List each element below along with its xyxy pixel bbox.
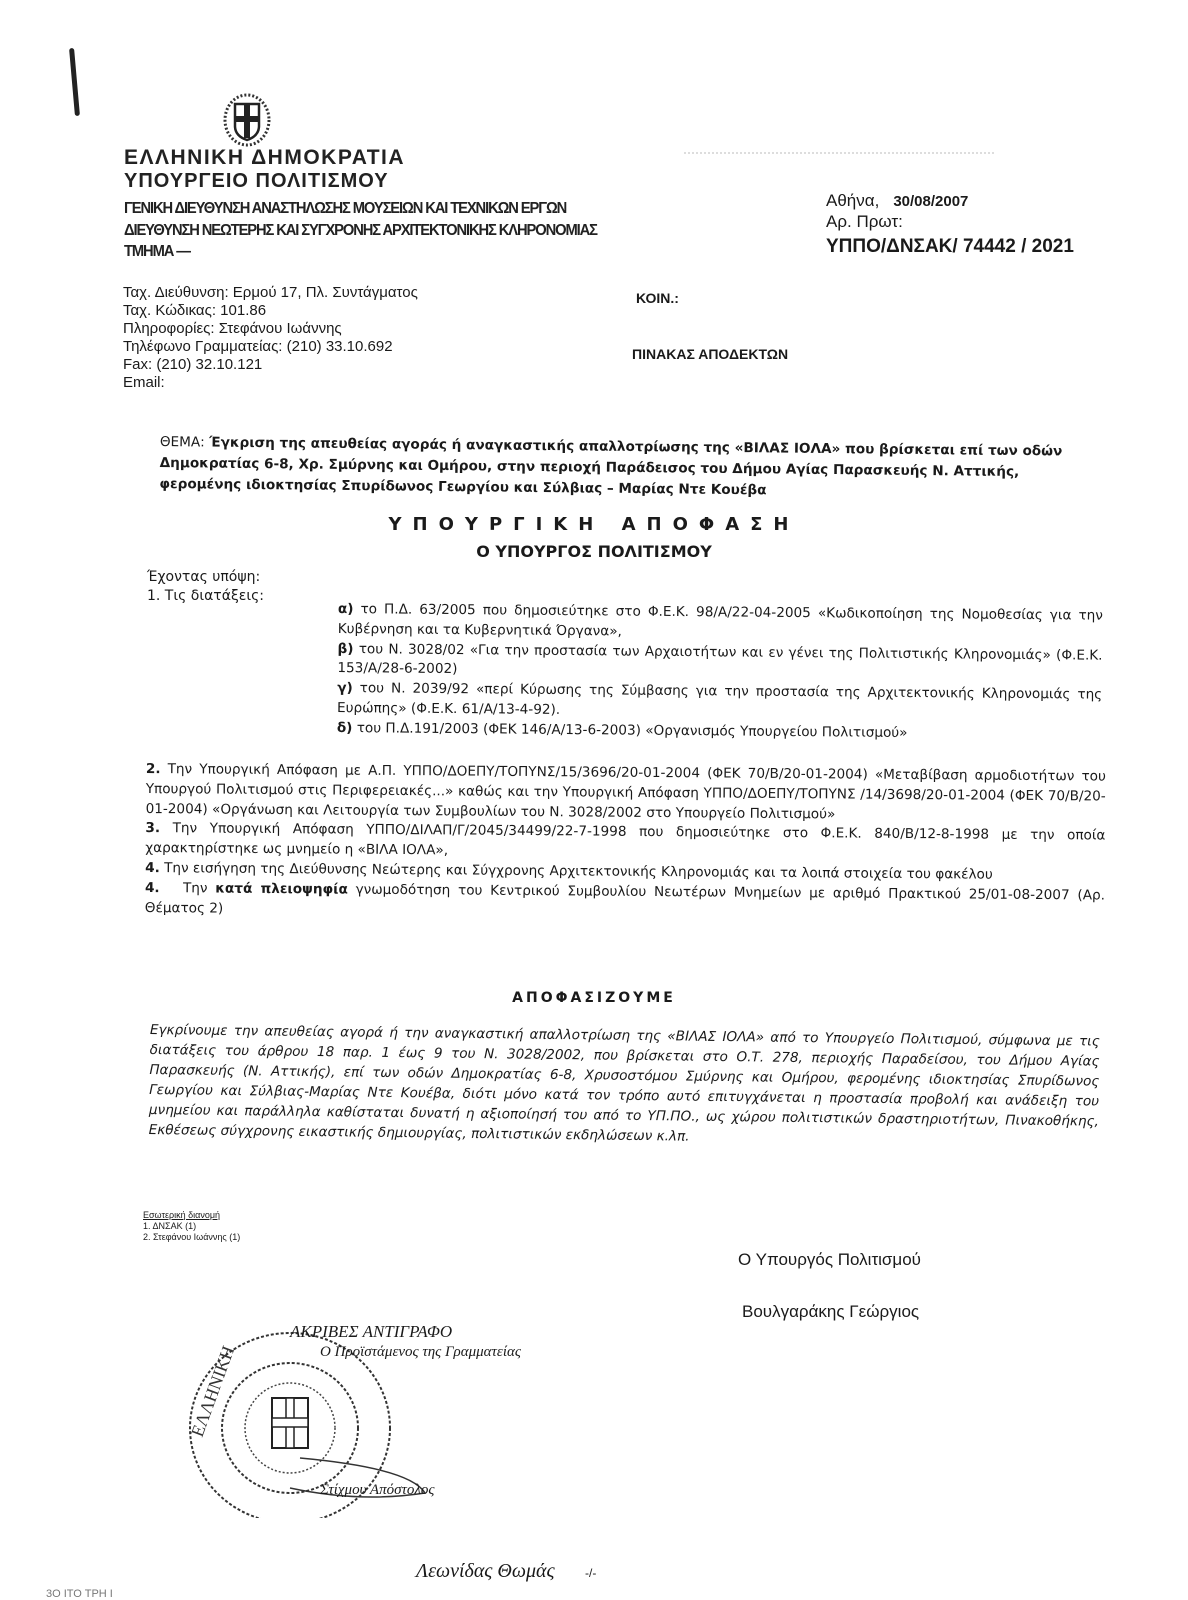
subject-label: ΘΕΜΑ: [160, 434, 205, 450]
internal-distribution: Εσωτερική διανομή 1. ΔΝΣΑΚ (1) 2. Στεφάν… [143, 1210, 240, 1243]
provision-mark: α) [338, 601, 354, 617]
ministry-heading: ΥΠΟΥΡΓΕΙΟ ΠΟΛΙΤΙΣΜΟΥ [124, 170, 389, 193]
protocol-label: Αρ. Πρωτ: [826, 212, 903, 232]
stamp-secretary-name: Στίχμου Απόστολος [320, 1482, 434, 1499]
provision-text: του Ν. 2039/92 «περί Κύρωσης της Σύμβαση… [337, 680, 1102, 718]
signatory-title: Ο Υπουργός Πολιτισμού [738, 1250, 921, 1270]
date: 30/08/2007 [893, 193, 968, 210]
decision-title: ΥΠΟΥΡΓΙΚΗ ΑΠΟΦΑΣΗ [0, 514, 1188, 535]
distribution-title: Εσωτερική διανομή [143, 1210, 240, 1221]
pen-mark [69, 48, 80, 116]
provision-text: το Π.Δ. 63/2005 που δημοσιεύτηκε στο Φ.Ε… [338, 601, 1103, 639]
city: Αθήνα, [826, 191, 879, 210]
contact-phone: Τηλέφωνο Γραμματείας: (210) 33.10.692 [123, 338, 418, 356]
provisions-label: 1. Τις διατάξεις: [147, 587, 264, 606]
provision-mark: γ) [337, 680, 353, 696]
footer-code: 3Ο ΙΤΟ ΤΡΗ Ι [46, 1588, 113, 1600]
considering-label: Έχοντας υπόψη: [147, 568, 264, 587]
department: ΤΜΗΜΑ — [124, 243, 190, 261]
end-mark: -/- [585, 1566, 596, 1580]
minister-title: Ο ΥΠΟΥΡΓΟΣ ΠΟΛΙΤΙΣΜΟΥ [0, 542, 1188, 561]
provision-item: α) το Π.Δ. 63/2005 που δημοσιεύτηκε στο … [338, 600, 1103, 646]
provisions-list: α) το Π.Δ. 63/2005 που δημοσιεύτηκε στο … [337, 600, 1103, 745]
item-number: 2. [146, 761, 161, 777]
contact-info: Πληροφορίες: Στεφάνου Ιωάννης [123, 320, 418, 338]
svg-text:ΕΛΛΗΝΙΚΗ: ΕΛΛΗΝΙΚΗ [187, 1343, 238, 1439]
distribution-item: 1. ΔΝΣΑΚ (1) [143, 1221, 240, 1232]
subject-text: Έγκριση της απευθείας αγοράς ή αναγκαστι… [159, 435, 1062, 499]
scan-noise [684, 152, 994, 156]
item-number: 3. [145, 820, 160, 836]
protocol-number: ΥΠΠΟ/ΔΝΣΑΚ/ 74442 / 2021 [826, 236, 1074, 258]
consideration-item: 4. Την κατά πλειοψηφία γνωμοδότηση του Κ… [145, 879, 1105, 926]
signatory-name: Βουλγαράκης Γεώργιος [742, 1302, 919, 1322]
coat-of-arms-icon [222, 92, 272, 148]
considering-block: Έχοντας υπόψη: 1. Τις διατάξεις: [147, 568, 264, 606]
stamp-role: Ο Προϊστάμενος της Γραμματείας [320, 1344, 521, 1361]
certified-copy-label: ΑΚΡΙΒΕΣ ΑΝΤΙΓΡΑΦΟ [290, 1322, 452, 1342]
distribution-item: 2. Στεφάνου Ιωάννης (1) [143, 1232, 240, 1243]
contact-postal-code: Ταχ. Κώδικας: 101.86 [123, 302, 418, 320]
item-number: 4. [145, 860, 160, 876]
handwritten-signature: Λεωνίδας Θωμάς [416, 1560, 555, 1583]
recipients-table-label: ΠΙΝΑΚΑΣ ΑΠΟΔΕΚΤΩΝ [632, 346, 788, 362]
item-bold: κατά πλειοψηφία [215, 880, 348, 897]
contact-email: Email: [123, 374, 418, 392]
item-number: 4. [145, 880, 160, 896]
contact-address: Ταχ. Διεύθυνση: Ερμού 17, Πλ. Συντάγματο… [123, 284, 418, 302]
directorate: ΔΙΕΥΘΥΝΣΗ ΝΕΩΤΕΡΗΣ ΚΑΙ ΣΥΓΧΡΟΝΗΣ ΑΡΧΙΤΕΚ… [124, 222, 597, 240]
republic-heading: ΕΛΛΗΝΙΚΗ ΔΗΜΟΚΡΑΤΙΑ [124, 146, 405, 170]
koin-label: ΚΟΙΝ.: [636, 290, 679, 306]
consideration-item: 2. Την Υπουργική Απόφαση με Α.Π. ΥΠΠΟ/ΔΟ… [146, 760, 1106, 827]
city-date: Αθήνα,30/08/2007 [826, 191, 968, 211]
item-pre: Την [183, 880, 208, 896]
provision-mark: δ) [337, 720, 353, 736]
decide-title: ΑΠΟΦΑΣΙΖΟΥΜΕ [0, 990, 1188, 1006]
item-text: Την Υπουργική Απόφαση ΥΠΠΟ/ΔΙΛΑΠ/Γ/2045/… [145, 821, 1105, 859]
general-directorate: ΓΕΝΙΚΗ ΔΙΕΥΘΥΝΣΗ ΑΝΑΣΤΗΛΩΣΗΣ ΜΟΥΣΕΙΩΝ ΚΑ… [124, 200, 566, 218]
provision-item: β) του Ν. 3028/02 «Για την προστασία των… [337, 640, 1102, 686]
considerations-list: 2. Την Υπουργική Απόφαση με Α.Π. ΥΠΠΟ/ΔΟ… [145, 760, 1106, 926]
contact-fax: Fax: (210) 32.10.121 [123, 356, 418, 374]
decision-text: Εγκρίνουμε την απευθείας αγορά ή την ανα… [149, 1020, 1100, 1152]
provision-mark: β) [338, 641, 354, 657]
provision-item: γ) του Ν. 2039/92 «περί Κύρωσης της Σύμβ… [337, 679, 1102, 725]
contact-block: Ταχ. Διεύθυνση: Ερμού 17, Πλ. Συντάγματο… [123, 284, 418, 392]
item-text: Την Υπουργική Απόφαση με Α.Π. ΥΠΠΟ/ΔΟΕΠΥ… [146, 761, 1106, 822]
provision-text: του Ν. 3028/02 «Για την προστασία των Αρ… [337, 641, 1102, 678]
provision-text: του Π.Δ.191/2003 (ΦΕΚ 146/Α/13-6-2003) «… [357, 720, 908, 741]
subject: ΘΕΜΑ: Έγκριση της απευθείας αγοράς ή ανα… [159, 432, 1104, 505]
